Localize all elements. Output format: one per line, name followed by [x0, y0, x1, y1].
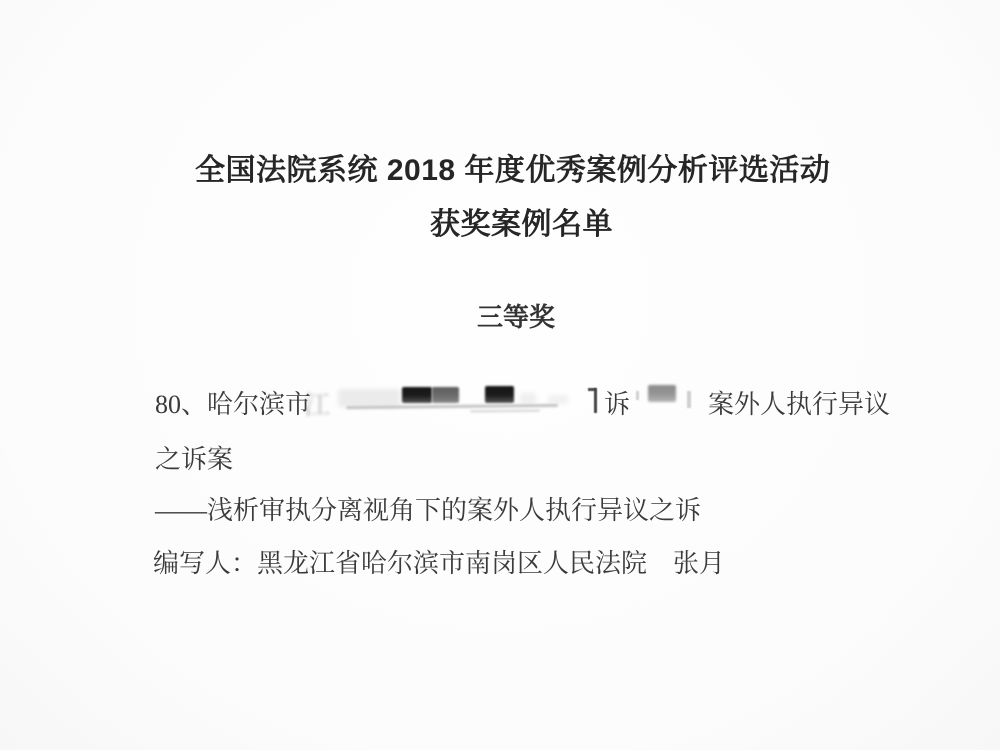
case-author-line: 编写人：黑龙江省哈尔滨市南岗区人民法院 张月 [153, 543, 725, 580]
redaction-block-gray-2 [648, 385, 676, 402]
partial-stroke-vertical [594, 388, 597, 413]
redaction-block-dark-1 [402, 387, 432, 403]
document-title-line-1: 全国法院系统 2018 年度优秀案例分析评选活动 [195, 145, 830, 189]
case-line1-mid: 诉 [604, 384, 630, 421]
redaction-tick-2 [687, 391, 691, 408]
case-line1-prefix: 80、哈尔滨市 [155, 384, 311, 421]
redaction-block-dark-2 [485, 386, 514, 403]
redaction-smear-small-1 [520, 393, 536, 404]
redaction-partial-stroke [588, 386, 600, 414]
scanned-document-page: 全国法院系统 2018 年度优秀案例分析评选活动 获奖案例名单 三等奖 80、哈… [0, 0, 1000, 750]
prize-section-heading: 三等奖 [477, 297, 555, 334]
redaction-smear [338, 389, 400, 407]
redacted-ghost-character: 江 [304, 385, 330, 422]
case-line2: 之诉案 [155, 439, 233, 476]
document-title-line-2: 获奖案例名单 [430, 199, 613, 243]
case-line1-suffix: 案外人执行异议 [708, 384, 890, 421]
redaction-smear-small-2 [548, 395, 568, 404]
redaction-block-gray-1 [432, 387, 459, 403]
redaction-ghost-strokes-2 [470, 410, 540, 413]
case-subtitle: ——浅析审执分离视角下的案外人执行异议之诉 [155, 490, 701, 527]
redaction-tick-1 [636, 391, 639, 400]
